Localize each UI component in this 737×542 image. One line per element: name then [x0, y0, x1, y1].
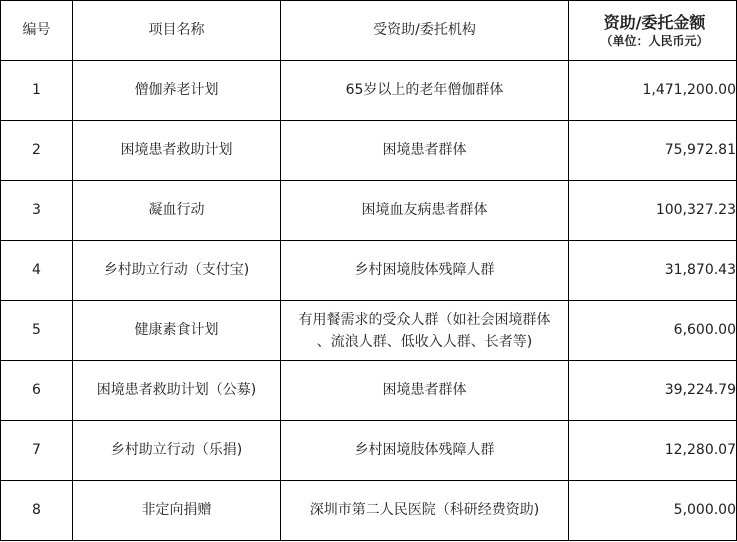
cell-organization: 困境患者群体 — [281, 361, 569, 421]
cell-project-name: 凝血行动 — [73, 181, 281, 241]
header-amount-title: 资助/委托金额 — [569, 12, 736, 33]
table-header-row: 编号 项目名称 受资助/委托机构 资助/委托金额 （单位：人民币元） — [1, 1, 737, 61]
cell-number: 8 — [1, 481, 73, 541]
cell-organization: 乡村困境肢体残障人群 — [281, 421, 569, 481]
cell-amount: 31,870.43 — [569, 241, 737, 301]
header-number: 编号 — [1, 1, 73, 61]
cell-organization: 困境患者群体 — [281, 121, 569, 181]
header-amount: 资助/委托金额 （单位：人民币元） — [569, 1, 737, 61]
cell-amount: 6,600.00 — [569, 301, 737, 361]
table-row: 3 凝血行动 困境血友病患者群体 100,327.23 — [1, 181, 737, 241]
cell-number: 7 — [1, 421, 73, 481]
header-project-name: 项目名称 — [73, 1, 281, 61]
header-organization: 受资助/委托机构 — [281, 1, 569, 61]
cell-amount: 100,327.23 — [569, 181, 737, 241]
table-row: 2 困境患者救助计划 困境患者群体 75,972.81 — [1, 121, 737, 181]
cell-organization: 困境血友病患者群体 — [281, 181, 569, 241]
cell-organization-line-2: 、流浪人群、低收入人群、长者等) — [281, 331, 568, 353]
cell-amount: 39,224.79 — [569, 361, 737, 421]
cell-project-name: 乡村助立行动（乐捐) — [73, 421, 281, 481]
cell-project-name: 健康素食计划 — [73, 301, 281, 361]
header-amount-unit: （单位：人民币元） — [569, 33, 736, 49]
grant-table: 编号 项目名称 受资助/委托机构 资助/委托金额 （单位：人民币元） 1 僧伽养… — [0, 0, 737, 541]
cell-amount: 12,280.07 — [569, 421, 737, 481]
cell-number: 3 — [1, 181, 73, 241]
cell-project-name: 困境患者救助计划（公募) — [73, 361, 281, 421]
cell-number: 5 — [1, 301, 73, 361]
table-row: 6 困境患者救助计划（公募) 困境患者群体 39,224.79 — [1, 361, 737, 421]
table-row: 5 健康素食计划 有用餐需求的受众人群（如社会困境群体 、流浪人群、低收入人群、… — [1, 301, 737, 361]
table-row: 4 乡村助立行动（支付宝) 乡村困境肢体残障人群 31,870.43 — [1, 241, 737, 301]
cell-project-name: 僧伽养老计划 — [73, 61, 281, 121]
cell-organization: 深圳市第二人民医院（科研经费资助) — [281, 481, 569, 541]
cell-organization: 乡村困境肢体残障人群 — [281, 241, 569, 301]
cell-amount: 1,471,200.00 — [569, 61, 737, 121]
cell-number: 6 — [1, 361, 73, 421]
table-row: 1 僧伽养老计划 65岁以上的老年僧伽群体 1,471,200.00 — [1, 61, 737, 121]
cell-organization: 65岁以上的老年僧伽群体 — [281, 61, 569, 121]
cell-number: 2 — [1, 121, 73, 181]
cell-project-name: 乡村助立行动（支付宝) — [73, 241, 281, 301]
cell-amount: 5,000.00 — [569, 481, 737, 541]
cell-project-name: 非定向捐赠 — [73, 481, 281, 541]
cell-organization: 有用餐需求的受众人群（如社会困境群体 、流浪人群、低收入人群、长者等) — [281, 301, 569, 361]
cell-number: 1 — [1, 61, 73, 121]
cell-number: 4 — [1, 241, 73, 301]
table-row: 7 乡村助立行动（乐捐) 乡村困境肢体残障人群 12,280.07 — [1, 421, 737, 481]
cell-organization-line-1: 有用餐需求的受众人群（如社会困境群体 — [281, 309, 568, 331]
table-row: 8 非定向捐赠 深圳市第二人民医院（科研经费资助) 5,000.00 — [1, 481, 737, 541]
cell-project-name: 困境患者救助计划 — [73, 121, 281, 181]
cell-amount: 75,972.81 — [569, 121, 737, 181]
